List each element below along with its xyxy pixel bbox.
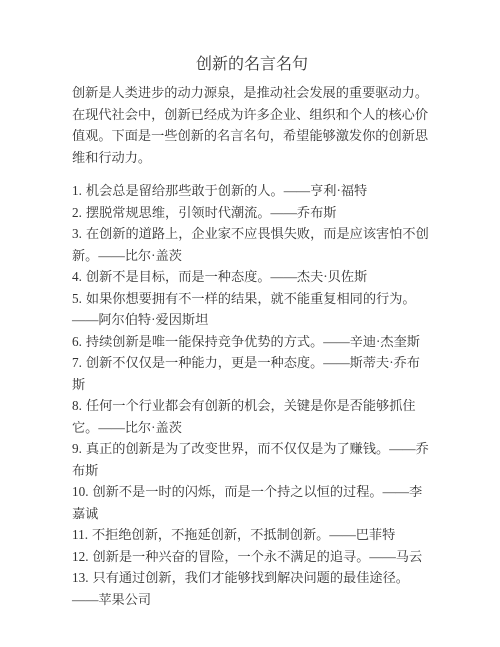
quote-text: 摆脱常规思维，引领时代潮流。 (86, 205, 271, 220)
quote-text: 持续创新是唯一能保持竞争优势的方式。 (86, 334, 323, 349)
quote-attribution: ——比尔·盖茨 (98, 248, 182, 263)
quote-number: 2. (72, 205, 82, 220)
quote-attribution: ——巴菲特 (329, 527, 395, 542)
quote-item: 7.创新不仅仅是一种能力，更是一种态度。——斯蒂夫·乔布斯 (72, 352, 432, 395)
quote-item: 3.在创新的道路上，企业家不应畏惧失败，而是应该害怕不创新。——比尔·盖茨 (72, 223, 432, 266)
quote-item: 8.任何一个行业都会有创新的机会，关键是你是否能够抓住它。——比尔·盖茨 (72, 395, 432, 438)
document-page: 创新的名言名句 创新是人类进步的动力源泉，是推动社会发展的重要驱动力。在现代社会… (0, 0, 500, 647)
quote-attribution: ——马云 (369, 549, 422, 564)
quotes-list: 1.机会总是留给那些敢于创新的人。——亨利·福特 2.摆脱常规思维，引领时代潮流… (72, 180, 432, 610)
quote-text: 不拒绝创新，不拖延创新，不抵制创新。 (92, 527, 329, 542)
quote-attribution: ——亨利·福特 (284, 183, 368, 198)
quote-text: 只有通过创新，我们才能够找到解决问题的最佳途径。 (92, 570, 409, 585)
quote-item: 4.创新不是目标，而是一种态度。——杰夫·贝佐斯 (72, 266, 432, 288)
quote-number: 4. (72, 269, 82, 284)
quote-number: 12. (72, 549, 88, 564)
quote-text: 真正的创新是为了改变世界，而不仅仅是为了赚钱。 (86, 441, 389, 456)
quote-attribution: ——乔布斯 (271, 205, 337, 220)
quote-item: 11.不拒绝创新，不拖延创新，不抵制创新。——巴菲特 (72, 524, 432, 546)
quote-number: 7. (72, 355, 82, 370)
quote-number: 3. (72, 226, 82, 241)
quote-item: 6.持续创新是唯一能保持竞争优势的方式。——辛迪·杰奎斯 (72, 331, 432, 353)
intro-paragraph: 创新是人类进步的动力源泉，是推动社会发展的重要驱动力。在现代社会中，创新已经成为… (72, 82, 432, 168)
quote-text: 机会总是留给那些敢于创新的人。 (86, 183, 284, 198)
quote-attribution: ——苹果公司 (72, 592, 151, 607)
quote-item: 12.创新是一种兴奋的冒险，一个永不满足的追寻。——马云 (72, 546, 432, 568)
quote-number: 9. (72, 441, 82, 456)
quote-attribution: ——辛迪·杰奎斯 (323, 334, 420, 349)
quote-text: 如果你想要拥有不一样的结果，就不能重复相同的行为。 (86, 291, 416, 306)
quote-attribution: ——杰夫·贝佐斯 (271, 269, 368, 284)
quote-number: 11. (72, 527, 88, 542)
quote-item: 2.摆脱常规思维，引领时代潮流。——乔布斯 (72, 202, 432, 224)
quote-number: 1. (72, 183, 82, 198)
quote-text: 创新不仅仅是一种能力，更是一种态度。 (86, 355, 323, 370)
quote-number: 6. (72, 334, 82, 349)
quote-number: 10. (72, 484, 88, 499)
quote-item: 5.如果你想要拥有不一样的结果，就不能重复相同的行为。——阿尔伯特·爱因斯坦 (72, 288, 432, 331)
quote-item: 9.真正的创新是为了改变世界，而不仅仅是为了赚钱。——乔布斯 (72, 438, 432, 481)
quote-text: 创新是一种兴奋的冒险，一个永不满足的追寻。 (92, 549, 369, 564)
quote-number: 5. (72, 291, 82, 306)
quote-number: 8. (72, 398, 82, 413)
quote-item: 10.创新不是一时的闪烁，而是一个持之以恒的过程。——李嘉诚 (72, 481, 432, 524)
quote-text: 创新不是一时的闪烁，而是一个持之以恒的过程。 (92, 484, 382, 499)
quote-item: 1.机会总是留给那些敢于创新的人。——亨利·福特 (72, 180, 432, 202)
document-title: 创新的名言名句 (72, 54, 432, 76)
quote-text: 创新不是目标，而是一种态度。 (86, 269, 271, 284)
quote-item: 13.只有通过创新，我们才能够找到解决问题的最佳途径。——苹果公司 (72, 567, 432, 610)
quote-attribution: ——比尔·盖茨 (98, 420, 182, 435)
quote-number: 13. (72, 570, 88, 585)
quote-attribution: ——阿尔伯特·爱因斯坦 (72, 312, 208, 327)
